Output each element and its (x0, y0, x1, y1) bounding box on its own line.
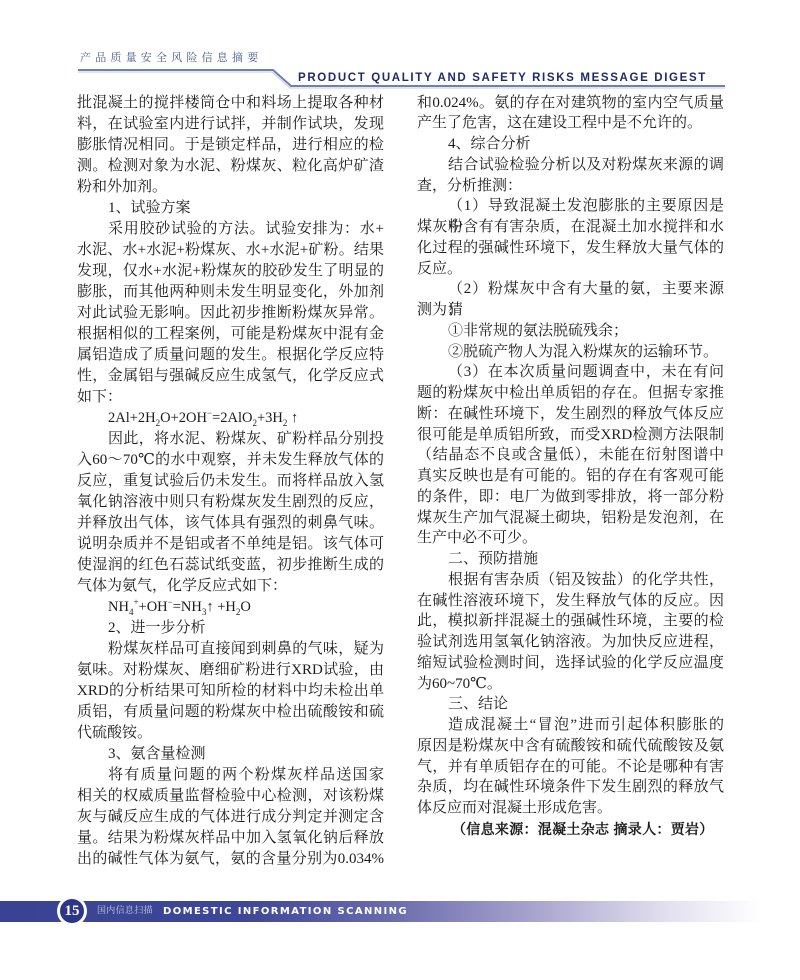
paragraph-line: 造成混凝土“冒泡”进而引起体积膨胀的 (417, 715, 724, 736)
section-heading-test-plan: 1、试验方案 (77, 198, 384, 219)
paragraph-line: 真实反映也是有可能的。铝的存在有客观可能 (417, 466, 724, 487)
footer-section-chinese: 国内信息扫描 (97, 905, 153, 918)
paragraph-line: 题的粉煤灰中检出单质铝的存在。但据专家推 (417, 383, 724, 404)
paragraph-line: 灰与碱反应生成的气体进行成分判定并测定含 (77, 807, 384, 828)
paragraph-line: 因此，将水泥、粉煤灰、矿粉样品分别投 (77, 429, 384, 450)
paragraph-line: 气，并有单质铝存在的可能。不论是哪种有害 (417, 757, 724, 778)
paragraph-line: 验试剂选用氢氧化钠溶液。为加快反应进程， (417, 632, 724, 653)
paragraph-line: 量。结果为粉煤灰样品中加入氢氧化钠后释放 (77, 828, 384, 849)
header-english-title: PRODUCT QUALITY AND SAFETY RISKS MESSAGE… (298, 72, 707, 85)
footer-section-english: DOMESTIC INFORMATION SCANNING (163, 905, 408, 918)
paragraph-line: 相关的权威质量监督检验中心检测，对该粉煤 (77, 786, 384, 807)
paragraph-line: 性，金属铝与强碱反应生成氢气，化学反应式 (77, 366, 384, 387)
paragraph-line: 反应，重复试验后仍未发生。而将样品放入氢 (77, 471, 384, 492)
list-item: ②脱硫产物人为混入粉煤灰的运输环节。 (417, 342, 724, 363)
paragraph-line: 杂质，均在碱性环境条件下发生剧烈的释放气 (417, 777, 724, 798)
paragraph-line: 使湿润的红色石蕊试纸变蓝，初步推断生成的 (77, 555, 384, 576)
paragraph-line: 煤灰中含有有害杂质，在混凝土加水搅拌和水 (417, 217, 724, 238)
paragraph-line: 入60～70℃的水中观察，并未发生释放气体的 (77, 450, 384, 471)
paragraph-line: 在碱性溶液环境下，发生释放气体的反应。因 (417, 591, 724, 612)
paragraph-line: （2）粉煤灰中含有大量的氨，主要来源猜 (417, 279, 724, 300)
left-text-column: 批混凝土的搅拌楼筒仓中和料场上提取各种材 料，在试验室内进行试拌，并制作试块，发… (77, 93, 384, 870)
section-heading-prevention: 二、预防措施 (417, 549, 724, 570)
paragraph-line: XRD的分析结果可知所检的材料中均未检出单 (77, 681, 384, 702)
section-heading-further-analysis: 2、进一步分析 (77, 618, 384, 639)
paragraph-line: 结合试验检验分析以及对粉煤灰来源的调 (417, 155, 724, 176)
paragraph-line: 料，在试验室内进行试拌，并制作试块，发现 (77, 114, 384, 135)
paragraph-line: 粉煤灰样品可直接闻到刺鼻的气味，疑为 (77, 639, 384, 660)
paragraph-line: 查，分析推测： (417, 176, 724, 197)
paragraph-line: 出的碱性气体为氨气，氨的含量分别为0.034% (77, 849, 384, 870)
paragraph-line: 煤灰生产加气混凝土砌块，铝粉是发泡剂，在 (417, 508, 724, 529)
paragraph-line: 此，模拟新拌混凝土的强碱性环境，主要的检 (417, 611, 724, 632)
paragraph-line: 如下： (77, 387, 384, 408)
list-item: ①非常规的氨法脱硫残余； (417, 321, 724, 342)
paragraph-line: （1）导致混凝土发泡膨胀的主要原因是粉 (417, 196, 724, 217)
paragraph-line: 质铝，有质量问题的粉煤灰中检出硫酸铵和硫 (77, 702, 384, 723)
paragraph-line: 对此试验无影响。因此初步推断粉煤灰异常。 (77, 303, 384, 324)
section-heading-comprehensive-analysis: 4、综合分析 (417, 134, 724, 155)
header-rule (0, 0, 800, 100)
paragraph-line: 缩短试验检测时间，选择试验的化学反应温度 (417, 653, 724, 674)
paragraph-line: 将有质量问题的两个粉煤灰样品送国家 (77, 765, 384, 786)
paragraph-line: 生产中必不可少。 (417, 528, 724, 549)
paragraph-line: 粉和外加剂。 (77, 177, 384, 198)
right-text-column: 和0.024%。氨的存在对建筑物的室内空气质量 产生了危害，这在建设工程中是不允… (417, 93, 724, 840)
paragraph-line: （结晶态不良或含量低），未能在衍射图谱中 (417, 445, 724, 466)
paragraph-line: 原因是粉煤灰中含有硫酸铵和硫代硫酸铵及氨 (417, 736, 724, 757)
paragraph-line: 说明杂质并不是铝或者不单纯是铝。该气体可 (77, 534, 384, 555)
paragraph-line: 断：在碱性环境下，发生剧烈的释放气体反应 (417, 404, 724, 425)
paragraph-line: 发现，仅水+水泥+粉煤灰的胶砂发生了明显的 (77, 261, 384, 282)
paragraph-line: 很可能是单质铝所致，而受XRD检测方法限制 (417, 425, 724, 446)
paragraph-line: 根据有害杂质（铝及铵盐）的化学共性， (417, 570, 724, 591)
paragraph-line: （3）在本次质量问题调查中，未在有问 (417, 362, 724, 383)
paragraph-line: 水泥、水+水泥+粉煤灰、水+水泥+矿粉。结果 (77, 240, 384, 261)
ammonia-reaction-formula: NH4++OH−=NH3↑ +H2O (77, 597, 384, 618)
section-heading-conclusion: 三、结论 (417, 694, 724, 715)
paragraph-line: 测为： (417, 300, 724, 321)
paragraph-line: 并释放出气体，该气体具有强烈的刺鼻气味。 (77, 513, 384, 534)
page-number-badge: 15 (57, 896, 87, 926)
paragraph-line: 为60~70℃。 (417, 674, 724, 695)
paragraph-line: 采用胶砂试验的方法。试验安排为：水+ (77, 219, 384, 240)
paragraph-line: 体反应而对混凝土形成危害。 (417, 798, 724, 819)
paragraph-line: 气体为氨气，化学反应式如下： (77, 576, 384, 597)
paragraph-line: 代硫酸铵。 (77, 723, 384, 744)
paragraph-line: 批混凝土的搅拌楼筒仓中和料场上提取各种材 (77, 93, 384, 114)
header-chinese-title: 产品质量安全风险信息摘要 (80, 51, 262, 65)
paragraph-line: 膨胀情况相同。于是锁定样品，进行相应的检 (77, 135, 384, 156)
paragraph-line: 和0.024%。氨的存在对建筑物的室内空气质量 (417, 93, 724, 114)
paragraph-line: 测。检测对象为水泥、粉煤灰、粒化高炉矿渣 (77, 156, 384, 177)
paragraph-line: 氨味。对粉煤灰、磨细矿粉进行XRD试验，由 (77, 660, 384, 681)
paragraph-line: 产生了危害，这在建设工程中是不允许的。 (417, 113, 724, 134)
section-heading-ammonia-content: 3、氨含量检测 (77, 744, 384, 765)
source-attribution: （信息来源：混凝土杂志 摘录人：贾岩） (417, 819, 724, 840)
paragraph-line: 化过程的强碱性环境下，发生释放大量气体的 (417, 238, 724, 259)
paragraph-line: 的条件，即：电厂为做到零排放，将一部分粉 (417, 487, 724, 508)
paragraph-line: 根据相似的工程案例，可能是粉煤灰中混有金 (77, 324, 384, 345)
page-number: 15 (60, 899, 84, 923)
paragraph-line: 反应。 (417, 259, 724, 280)
aluminum-reaction-formula: 2Al+2H2O+2OH−=2AlO2+3H2 ↑ (77, 408, 384, 429)
paragraph-line: 氧化钠溶液中则只有粉煤灰发生剧烈的反应， (77, 492, 384, 513)
paragraph-line: 膨胀，而其他两种则未发生明显变化，外加剂 (77, 282, 384, 303)
paragraph-line: 属铝造成了质量问题的发生。根据化学反应特 (77, 345, 384, 366)
